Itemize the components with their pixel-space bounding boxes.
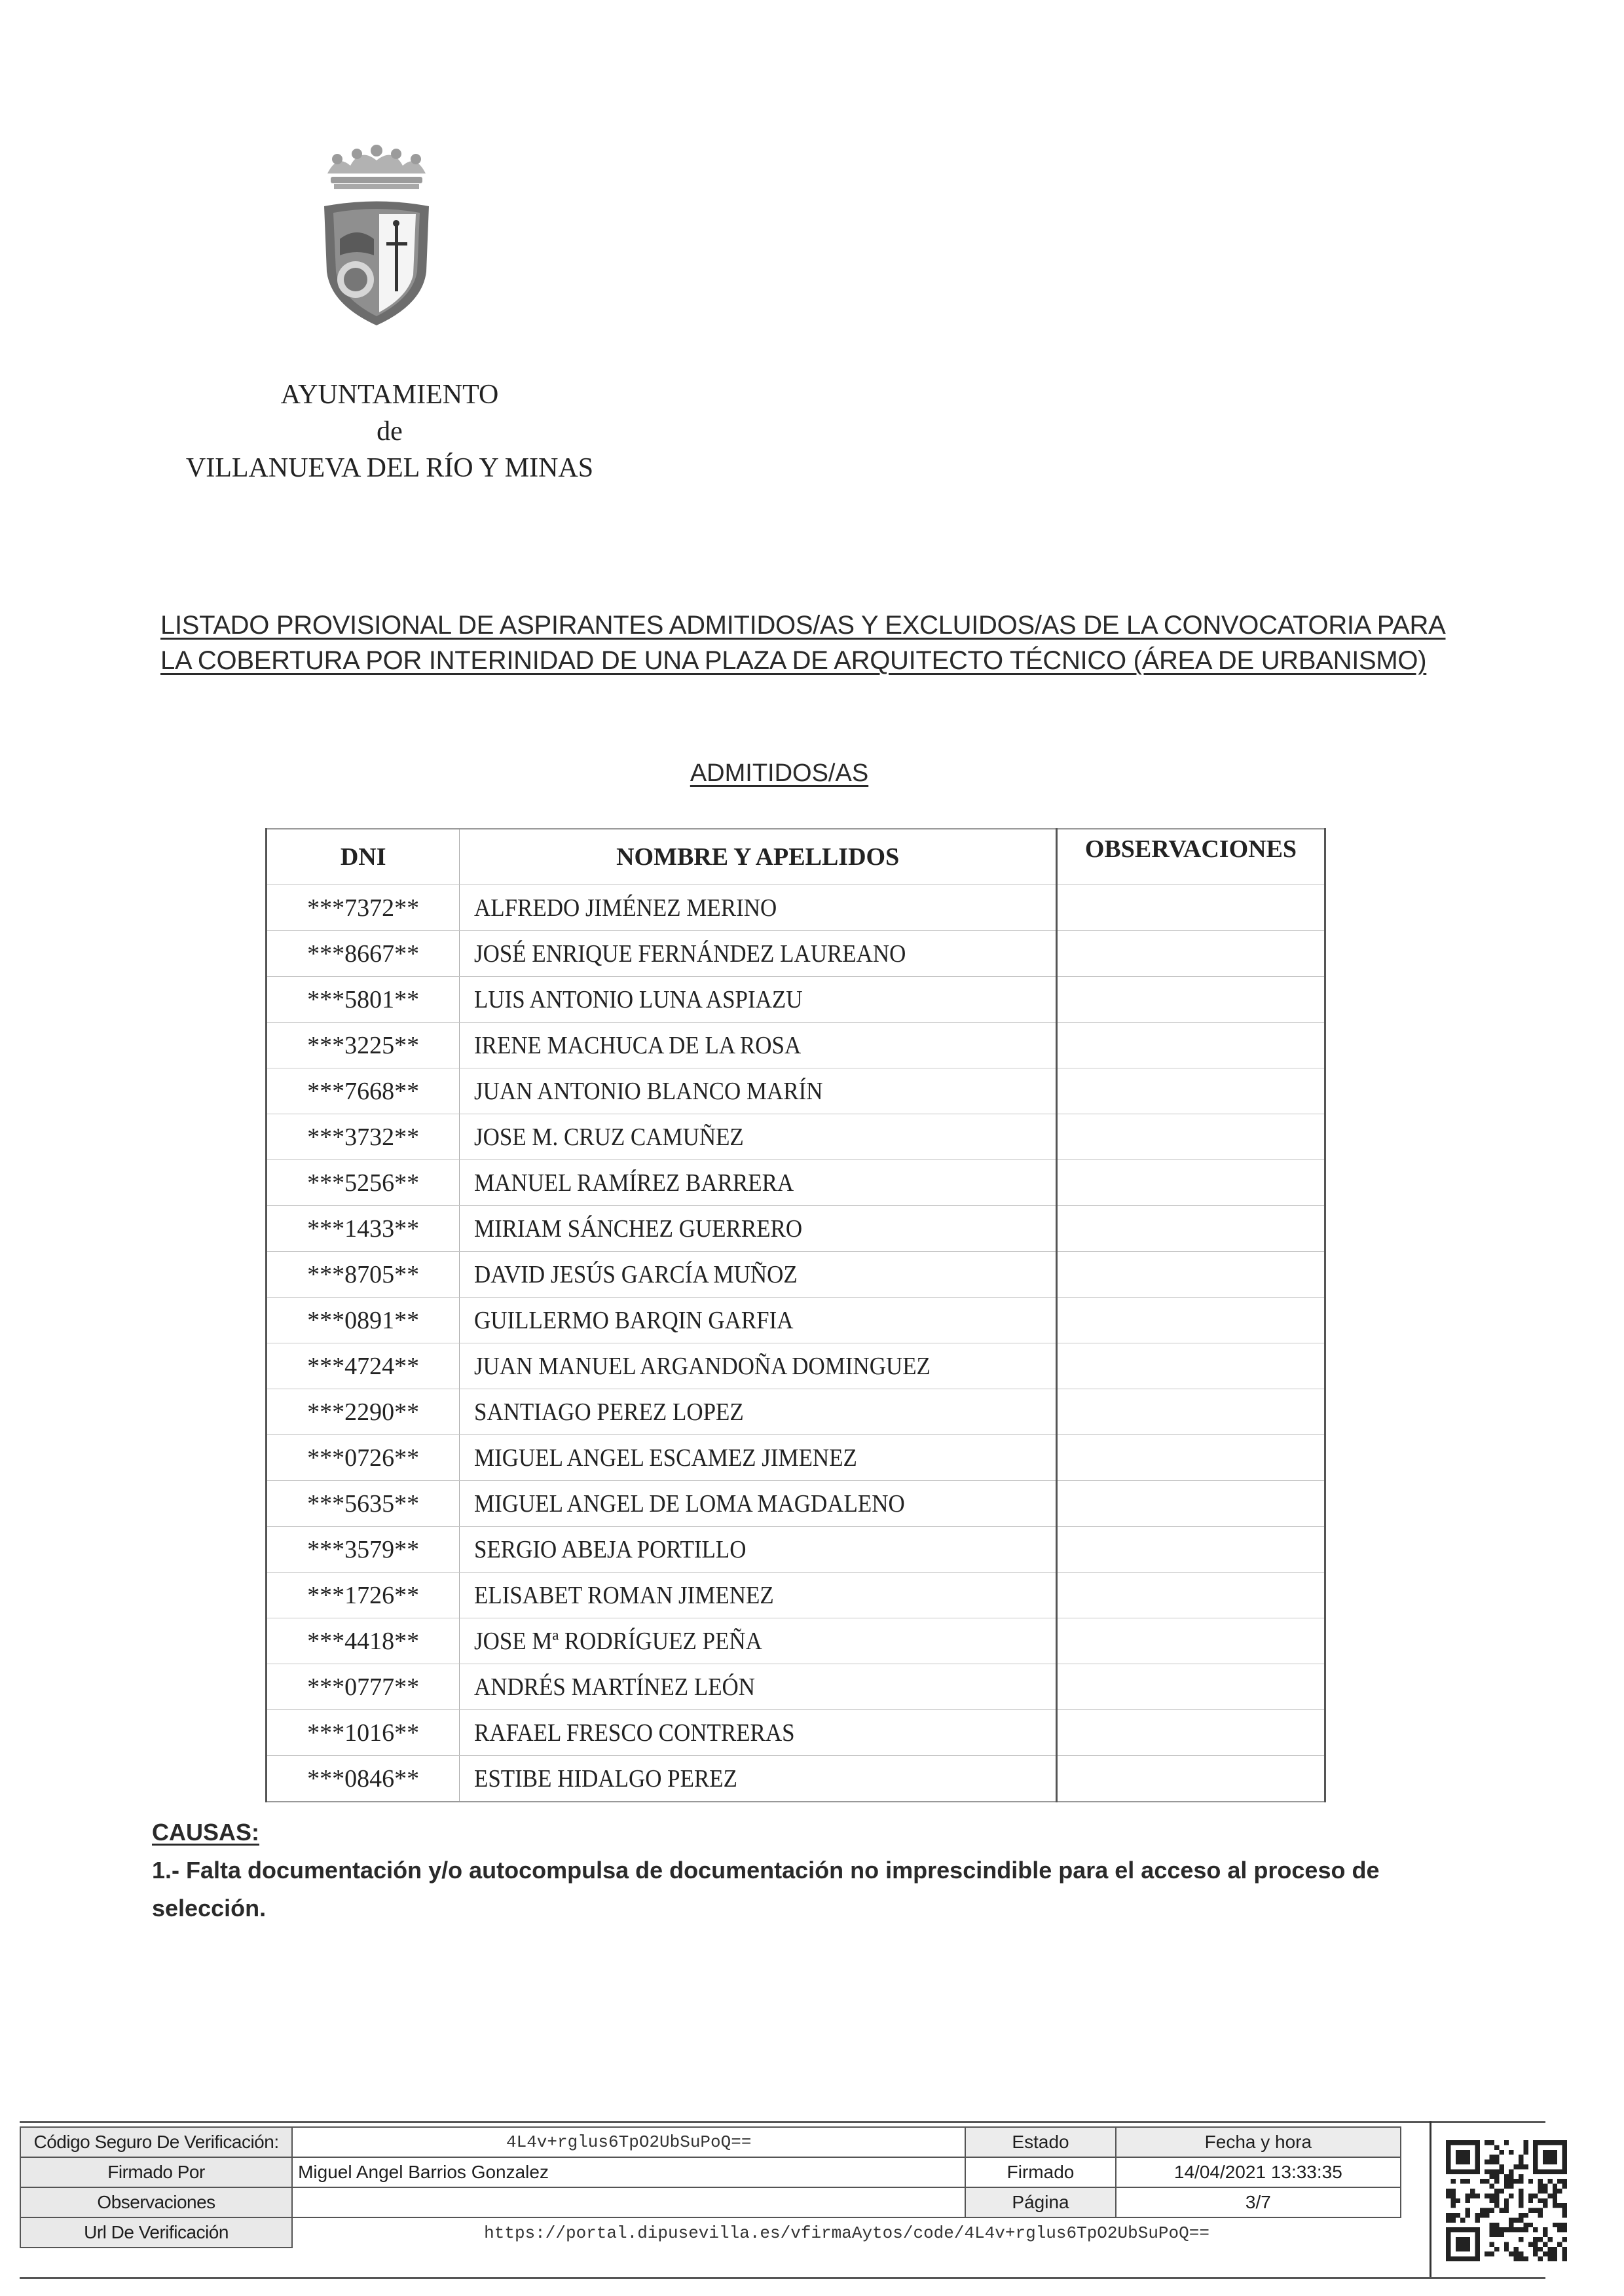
table-row: ***1726**ELISABET ROMAN JIMENEZ	[267, 1573, 1325, 1618]
table-row: ***7668**JUAN ANTONIO BLANCO MARÍN	[267, 1068, 1325, 1114]
name-text: SERGIO ABEJA PORTILLO	[474, 1535, 747, 1564]
cause-item-1: 1.- Falta documentación y/o autocompulsa…	[152, 1851, 1462, 1927]
table-row: ***4418**JOSE Mª RODRÍGUEZ PEÑA	[267, 1618, 1325, 1664]
dni-cell: ***3579**	[267, 1527, 460, 1573]
datetime-header: Fecha y hora	[1116, 2127, 1401, 2157]
dni-cell: ***2290**	[267, 1389, 460, 1435]
observations-cell	[1056, 1023, 1325, 1068]
dni-cell: ***8667**	[267, 931, 460, 977]
dni-cell: ***4418**	[267, 1618, 460, 1664]
name-cell: JUAN MANUEL ARGANDOÑA DOMINGUEZ	[460, 1343, 1057, 1389]
signed-by-value: Miguel Angel Barrios Gonzalez	[292, 2157, 965, 2187]
dni-cell: ***3732**	[267, 1114, 460, 1160]
table-header-row: DNI NOMBRE Y APELLIDOS OBSERVACIONES	[267, 829, 1325, 885]
name-cell: ALFREDO JIMÉNEZ MERINO	[460, 885, 1057, 931]
name-text: LUIS ANTONIO LUNA ASPIAZU	[474, 985, 802, 1014]
name-cell: LUIS ANTONIO LUNA ASPIAZU	[460, 977, 1057, 1023]
name-cell: SERGIO ABEJA PORTILLO	[460, 1527, 1057, 1573]
footer-top-rule	[20, 2121, 1545, 2123]
dni-cell: ***7372**	[267, 885, 460, 931]
observations-cell	[1056, 1068, 1325, 1114]
document-title-line-1: LISTADO PROVISIONAL DE ASPIRANTES ADMITI…	[160, 608, 1421, 643]
institution-letterhead: AYUNTAMIENTO de VILLANUEVA DEL RÍO Y MIN…	[144, 376, 635, 486]
table-row: ***7372**ALFREDO JIMÉNEZ MERINO	[267, 885, 1325, 931]
verification-qr-code	[1446, 2137, 1567, 2265]
name-text: RAFAEL FRESCO CONTRERAS	[474, 1719, 795, 1747]
verification-row-signed-by: Firmado Por Miguel Angel Barrios Gonzale…	[20, 2157, 1401, 2187]
observations-cell	[1056, 1435, 1325, 1481]
table-row: ***3732**JOSE M. CRUZ CAMUÑEZ	[267, 1114, 1325, 1160]
dni-cell: ***5801**	[267, 977, 460, 1023]
name-cell: MIRIAM SÁNCHEZ GUERRERO	[460, 1206, 1057, 1252]
table-row: ***0891**GUILLERMO BARQIN GARFIA	[267, 1298, 1325, 1343]
name-cell: MIGUEL ANGEL DE LOMA MAGDALENO	[460, 1481, 1057, 1527]
institution-line-2: de	[144, 413, 635, 450]
observations-cell	[1056, 931, 1325, 977]
name-text: JUAN MANUEL ARGANDOÑA DOMINGUEZ	[474, 1352, 931, 1381]
observations-cell	[1056, 1481, 1325, 1527]
institution-line-3: VILLANUEVA DEL RÍO Y MINAS	[144, 450, 635, 486]
table-row: ***5801**LUIS ANTONIO LUNA ASPIAZU	[267, 977, 1325, 1023]
name-text: GUILLERMO BARQIN GARFIA	[474, 1306, 793, 1335]
table-row: ***5635**MIGUEL ANGEL DE LOMA MAGDALENO	[267, 1481, 1325, 1527]
table-row: ***0846**ESTIBE HIDALGO PEREZ	[267, 1756, 1325, 1802]
name-cell: MIGUEL ANGEL ESCAMEZ JIMENEZ	[460, 1435, 1057, 1481]
name-text: MIGUEL ANGEL ESCAMEZ JIMENEZ	[474, 1444, 857, 1472]
name-text: JUAN ANTONIO BLANCO MARÍN	[474, 1077, 823, 1106]
qr-code-icon	[1446, 2137, 1567, 2265]
observations-cell	[1056, 1389, 1325, 1435]
table-row: ***0777**ANDRÉS MARTÍNEZ LEÓN	[267, 1664, 1325, 1710]
table-row: ***1016**RAFAEL FRESCO CONTRERAS	[267, 1710, 1325, 1756]
table-row: ***4724**JUAN MANUEL ARGANDOÑA DOMINGUEZ	[267, 1343, 1325, 1389]
name-cell: GUILLERMO BARQIN GARFIA	[460, 1298, 1057, 1343]
csv-label: Código Seguro De Verificación:	[20, 2127, 292, 2157]
observations-cell	[1056, 1710, 1325, 1756]
name-text: ELISABET ROMAN JIMENEZ	[474, 1581, 774, 1610]
dni-cell: ***3225**	[267, 1023, 460, 1068]
status-header: Estado	[965, 2127, 1115, 2157]
name-cell: MANUEL RAMÍREZ BARRERA	[460, 1160, 1057, 1206]
name-cell: IRENE MACHUCA DE LA ROSA	[460, 1023, 1057, 1068]
name-cell: ANDRÉS MARTÍNEZ LEÓN	[460, 1664, 1057, 1710]
dni-cell: ***5256**	[267, 1160, 460, 1206]
name-text: JOSÉ ENRIQUE FERNÁNDEZ LAUREANO	[474, 939, 906, 968]
admitted-applicants-table: DNI NOMBRE Y APELLIDOS OBSERVACIONES ***…	[265, 828, 1326, 1802]
name-text: JOSE Mª RODRÍGUEZ PEÑA	[474, 1627, 762, 1656]
dni-cell: ***1433**	[267, 1206, 460, 1252]
observations-cell	[1056, 1618, 1325, 1664]
dni-cell: ***7668**	[267, 1068, 460, 1114]
column-header-dni: DNI	[267, 829, 460, 885]
datetime-value: 14/04/2021 13:33:35	[1116, 2157, 1401, 2187]
column-header-observations: OBSERVACIONES	[1056, 829, 1325, 885]
page-label: Página	[965, 2187, 1115, 2217]
signature-verification-table: Código Seguro De Verificación: 4L4v+rglu…	[20, 2126, 1401, 2248]
table-body: ***7372**ALFREDO JIMÉNEZ MERINO***8667**…	[267, 885, 1325, 1802]
dni-cell: ***5635**	[267, 1481, 460, 1527]
dni-cell: ***0846**	[267, 1756, 460, 1802]
table-row: ***2290**SANTIAGO PEREZ LOPEZ	[267, 1389, 1325, 1435]
url-label: Url De Verificación	[20, 2217, 292, 2248]
signed-by-label: Firmado Por	[20, 2157, 292, 2187]
footer-bottom-rule	[20, 2277, 1545, 2279]
table-row: ***8705**DAVID JESÚS GARCÍA MUÑOZ	[267, 1252, 1325, 1298]
dni-cell: ***8705**	[267, 1252, 460, 1298]
csv-value: 4L4v+rglus6TpO2UbSuPoQ==	[292, 2127, 965, 2157]
document-title-line-2: LA COBERTURA POR INTERINIDAD DE UNA PLAZ…	[160, 643, 1421, 678]
name-cell: JOSÉ ENRIQUE FERNÁNDEZ LAUREANO	[460, 931, 1057, 977]
name-text: IRENE MACHUCA DE LA ROSA	[474, 1031, 801, 1060]
name-cell: JUAN ANTONIO BLANCO MARÍN	[460, 1068, 1057, 1114]
name-text: MIGUEL ANGEL DE LOMA MAGDALENO	[474, 1489, 905, 1518]
name-cell: SANTIAGO PEREZ LOPEZ	[460, 1389, 1057, 1435]
name-cell: ELISABET ROMAN JIMENEZ	[460, 1573, 1057, 1618]
verification-row-url: Url De Verificación https://portal.dipus…	[20, 2217, 1401, 2248]
name-text: ALFREDO JIMÉNEZ MERINO	[474, 894, 777, 922]
document-title: LISTADO PROVISIONAL DE ASPIRANTES ADMITI…	[160, 608, 1421, 678]
observations-cell	[1056, 1160, 1325, 1206]
column-header-name: NOMBRE Y APELLIDOS	[460, 829, 1057, 885]
name-text: MIRIAM SÁNCHEZ GUERRERO	[474, 1214, 802, 1243]
name-cell: ESTIBE HIDALGO PEREZ	[460, 1756, 1057, 1802]
observations-cell	[1056, 1114, 1325, 1160]
dni-cell: ***4724**	[267, 1343, 460, 1389]
name-text: DAVID JESÚS GARCÍA MUÑOZ	[474, 1260, 798, 1289]
table-row: ***8667**JOSÉ ENRIQUE FERNÁNDEZ LAUREANO	[267, 931, 1325, 977]
table-row: ***3579**SERGIO ABEJA PORTILLO	[267, 1527, 1325, 1573]
dni-cell: ***0777**	[267, 1664, 460, 1710]
verification-row-csv: Código Seguro De Verificación: 4L4v+rglu…	[20, 2127, 1401, 2157]
table-row: ***5256**MANUEL RAMÍREZ BARRERA	[267, 1160, 1325, 1206]
causes-heading: CAUSAS:	[152, 1813, 1462, 1851]
status-value: Firmado	[965, 2157, 1115, 2187]
observations-cell	[1056, 885, 1325, 931]
observations-cell	[1056, 977, 1325, 1023]
qr-divider	[1430, 2121, 1431, 2279]
observations-cell	[1056, 1527, 1325, 1573]
observations-cell	[1056, 1343, 1325, 1389]
name-cell: JOSE Mª RODRÍGUEZ PEÑA	[460, 1618, 1057, 1664]
name-cell: DAVID JESÚS GARCÍA MUÑOZ	[460, 1252, 1057, 1298]
causes-section: CAUSAS: 1.- Falta documentación y/o auto…	[152, 1813, 1462, 1927]
table-row: ***0726**MIGUEL ANGEL ESCAMEZ JIMENEZ	[267, 1435, 1325, 1481]
admitted-section-title: ADMITIDOS/AS	[681, 759, 877, 788]
name-cell: RAFAEL FRESCO CONTRERAS	[460, 1710, 1057, 1756]
name-text: ANDRÉS MARTÍNEZ LEÓN	[474, 1673, 755, 1702]
observations-cell	[1056, 1756, 1325, 1802]
observations-cell	[1056, 1298, 1325, 1343]
table-row: ***3225**IRENE MACHUCA DE LA ROSA	[267, 1023, 1325, 1068]
observations-cell	[1056, 1573, 1325, 1618]
name-text: ESTIBE HIDALGO PEREZ	[474, 1764, 737, 1793]
municipal-coat-of-arms-icon	[311, 141, 442, 331]
observations-label: Observaciones	[20, 2187, 292, 2217]
table-row: ***1433**MIRIAM SÁNCHEZ GUERRERO	[267, 1206, 1325, 1252]
dni-cell: ***1016**	[267, 1710, 460, 1756]
institution-line-1: AYUNTAMIENTO	[144, 376, 635, 413]
observations-cell	[1056, 1252, 1325, 1298]
dni-cell: ***0726**	[267, 1435, 460, 1481]
verification-url-link[interactable]: https://portal.dipusevilla.es/vfirmaAyto…	[292, 2217, 1401, 2248]
observations-cell	[1056, 1664, 1325, 1710]
name-cell: JOSE M. CRUZ CAMUÑEZ	[460, 1114, 1057, 1160]
name-text: JOSE M. CRUZ CAMUÑEZ	[474, 1123, 744, 1152]
observations-value	[292, 2187, 965, 2217]
observations-cell	[1056, 1206, 1325, 1252]
name-text: MANUEL RAMÍREZ BARRERA	[474, 1169, 794, 1197]
dni-cell: ***0891**	[267, 1298, 460, 1343]
dni-cell: ***1726**	[267, 1573, 460, 1618]
name-text: SANTIAGO PEREZ LOPEZ	[474, 1398, 744, 1427]
verification-row-observations: Observaciones Página 3/7	[20, 2187, 1401, 2217]
coat-of-arms-logo	[311, 141, 442, 331]
page-value: 3/7	[1116, 2187, 1401, 2217]
